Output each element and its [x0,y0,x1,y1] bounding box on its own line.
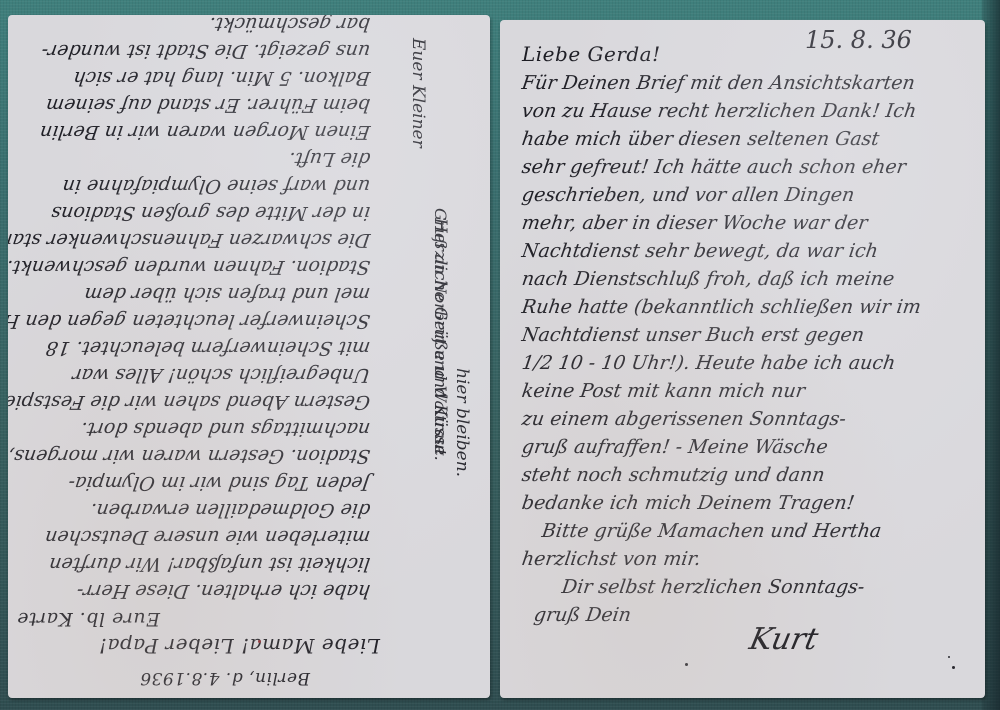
body-line: Nachtdienst sehr bewegt, da war ich [520,240,879,262]
postcard-left: Berlin, d. 4.8.1936 Liebe Mama! Lieber P… [8,15,490,698]
body-line: die Goldmedaillen erwarben. [89,499,372,521]
ink-speck [948,656,950,658]
margin-note: Gruß an Norbert und Waltraut. [431,208,450,461]
body-line: herzlichst von mir. [520,548,702,570]
body-line: beim Führer. Er stand auf seinem [45,94,372,116]
date-line: Berlin, d. 4.8.1936 [140,668,310,688]
body-line: die Luft. [287,148,371,170]
body-line: Ruhe hatte (bekanntlich schließen wir im [520,296,922,318]
body-line: nach Dienstschluß froh, daß ich meine [520,268,895,290]
body-line: mehr, aber in dieser Woche war der [520,212,869,234]
body-line: mit Scheinwerfern beleuchtet. 18 [44,337,371,359]
body-line: keine Post mit kann mich nur [520,380,806,402]
date: 15. 8. 36 [805,26,912,54]
intro-line: Eure lb. Karte [17,608,160,630]
body-line: habe ich erhalten. Diese Herr- [75,580,371,602]
body-line: Dir selbst herzlichen Sonntags- [560,576,866,598]
body-line: Jeden Tag sind wir im Olympia- [67,472,372,494]
body-line: Balkon. 5 Min. lang hat er sich [72,67,372,89]
salutation: Liebe Mama! Lieber Papa! [98,634,380,658]
body-line: in der Mitte des großen Stadions [50,202,372,224]
body-line: Nachtdienst unser Buch erst gegen [520,324,865,346]
postcard-left-rotated-content: Berlin, d. 4.8.1936 Liebe Mama! Lieber P… [8,15,490,698]
body-line: mel und trafen sich über dem [83,283,372,305]
margin-note: Euer Kleiner [408,38,428,148]
body-line: Für Deinen Brief mit den Ansichtskarten [520,72,916,94]
body-line: sehr gefreut! Ich hätte auch schon eher [520,156,907,178]
body-line: miterleben wie unsere Deutschen [43,526,371,548]
body-line: geschrieben, und vor allen Dingen [520,184,855,206]
body-line: bedanke ich mich Deinem Tragen! [520,492,855,514]
ink-speck [258,640,261,643]
body-line: Die schwarzen Fahnenschwenker stand [8,229,372,251]
body-line: Stadion. Gestern waren wir morgens, [8,445,372,467]
ink-speck [685,663,688,666]
body-line: und warf seine Olympiafahne in [61,175,372,197]
body-line: Stadion. Fahnen wurden geschwenkt. [8,256,372,278]
body-line: Einen Morgen waren wir in Berlin [38,121,371,143]
body-line: Gestern Abend sahen wir die Festspiele. [8,391,372,413]
salutation: Liebe Gerda! [522,42,661,66]
ink-speck [952,666,955,669]
body-line: 1/2 10 - 10 Uhr!). Heute habe ich auch [520,352,896,374]
postcard-right: 15. 8. 36 Liebe Gerda! Für Deinen Brief … [500,20,985,698]
body-line: lichkeit ist unfaßbar! Wir durften [48,553,372,575]
body-line: uns gezeigt. Die Stadt ist wunder- [40,40,372,62]
body-line: bar geschmückt. [208,15,372,35]
body-line: nachmittags und abends dort. [79,418,371,440]
body-line: Scheinwerfer leuchteten gegen den Him- [8,310,372,332]
body-line: gruß aufraffen! - Meine Wäsche [520,436,829,458]
body-line: steht noch schmutzig und dann [520,464,826,486]
body-line: von zu Hause recht herzlichen Dank! Ich [520,100,917,122]
body-line: zu einem abgerissenen Sonntags- [520,408,847,430]
margin-note: hier bleiben. [452,368,472,477]
body-line: Bitte grüße Mamachen und Hertha [540,520,882,542]
signature: Kurt [746,622,821,657]
body-line: Unbegreiflich schön! Alles war [71,364,372,386]
body-line: gruß Dein [532,604,632,626]
body-line: habe mich über diesen seltenen Gast [520,128,880,150]
